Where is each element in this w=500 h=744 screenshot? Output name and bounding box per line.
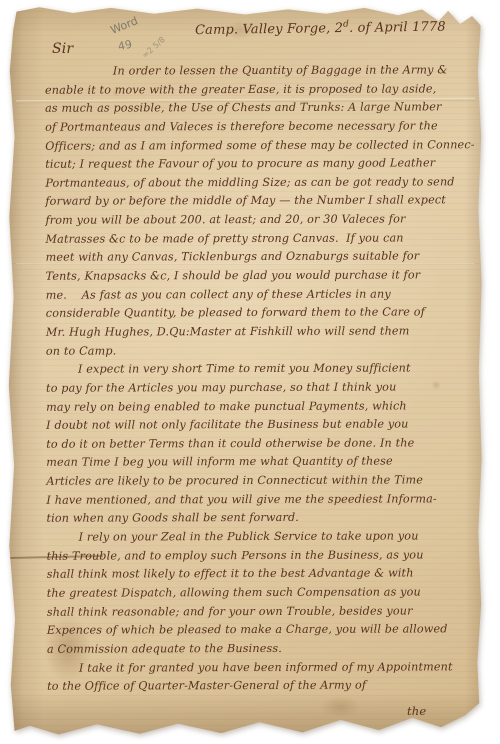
letter-line: I expect in very short Time to remit you… — [46, 360, 474, 380]
letter-line: to pay for the Articles you may purchase… — [46, 378, 474, 398]
letter-line: on to Camp. — [46, 341, 474, 361]
pencil-annotation-number: 49 — [117, 38, 133, 54]
letter-body: In order to lessen the Quantity of Bagga… — [45, 61, 475, 696]
dateline-place: Camp. Valley Forge, 2 — [195, 21, 343, 38]
letter-line: as much as possible, the Use of Chests a… — [45, 99, 473, 119]
letter-line: Expences of which be pleased to make a C… — [47, 620, 475, 640]
letter-line: Matrasses &c to be made of pretty strong… — [45, 229, 473, 249]
pencil-annotation-word: Word — [109, 14, 140, 37]
letter-line: Portmanteaus, of about the middling Size… — [45, 173, 473, 193]
letter-catchword: the — [407, 704, 426, 718]
letter-line: shall think reasonable; and for your own… — [47, 602, 475, 622]
letter-line: may rely on being enabled to make punctu… — [46, 397, 474, 417]
letter-line: shall think most likely to effect it to … — [47, 565, 475, 585]
letter-line: this Trouble, and to employ such Persons… — [47, 546, 475, 566]
letter-salutation: Sir — [52, 41, 73, 57]
letter-line: forward by or before the middle of May —… — [45, 192, 473, 212]
letter-line: the greatest Dispatch, allowing them suc… — [47, 583, 475, 603]
scanned-letter: Word 49 =2 5/8 Camp. Valley Forge, 2d. o… — [0, 0, 500, 744]
letter-paper: Word 49 =2 5/8 Camp. Valley Forge, 2d. o… — [6, 5, 484, 736]
letter-line: In order to lessen the Quantity of Bagga… — [45, 61, 473, 81]
letter-line: Mr. Hugh Hughes, D.Qu:Master at Fishkill… — [46, 322, 474, 342]
letter-line: of Portmanteaus and Valeces is therefore… — [45, 117, 473, 137]
letter-line: enable it to move with the greater Ease,… — [45, 80, 473, 100]
dateline-rest: . of April 1778 — [349, 20, 446, 36]
letter-line: I doubt not will not only facilitate the… — [46, 415, 474, 435]
letter-line: from you will be about 200. at least; an… — [45, 210, 473, 230]
letter-line: to do it on better Terms than it could o… — [46, 434, 474, 454]
letter-line: to the Office of Quarter-Master-General … — [47, 676, 475, 696]
letter-line: meet with any Canvas, Ticklenburgs and O… — [46, 248, 474, 268]
letter-line: mean Time I beg you will inform me what … — [46, 453, 474, 473]
letter-line: Tents, Knapsacks &c, I should be glad yo… — [46, 266, 474, 286]
letter-dateline: Camp. Valley Forge, 2d. of April 1778 — [195, 18, 446, 38]
letter-line: ticut; I request the Favour of you to pr… — [45, 154, 473, 174]
letter-line: tion when any Goods shall be sent forwar… — [46, 509, 474, 529]
letter-line: I have mentioned, and that you will give… — [46, 490, 474, 510]
paper-shadow-wrap: Word 49 =2 5/8 Camp. Valley Forge, 2d. o… — [0, 0, 500, 744]
letter-line: me. As fast as you can collect any of th… — [46, 285, 474, 305]
letter-line: I take it for granted you have been info… — [47, 658, 475, 678]
letter-line: Officers; and as I am informed some of t… — [45, 136, 473, 156]
letter-line: considerable Quantity, be pleased to for… — [46, 304, 474, 324]
pencil-annotation-fraction: =2 5/8 — [140, 35, 166, 60]
letter-line: Articles are likely to be procured in Co… — [46, 471, 474, 491]
letter-line: a Commission adequate to the Business. — [47, 639, 475, 659]
letter-line: I rely on your Zeal in the Publick Servi… — [47, 527, 475, 547]
